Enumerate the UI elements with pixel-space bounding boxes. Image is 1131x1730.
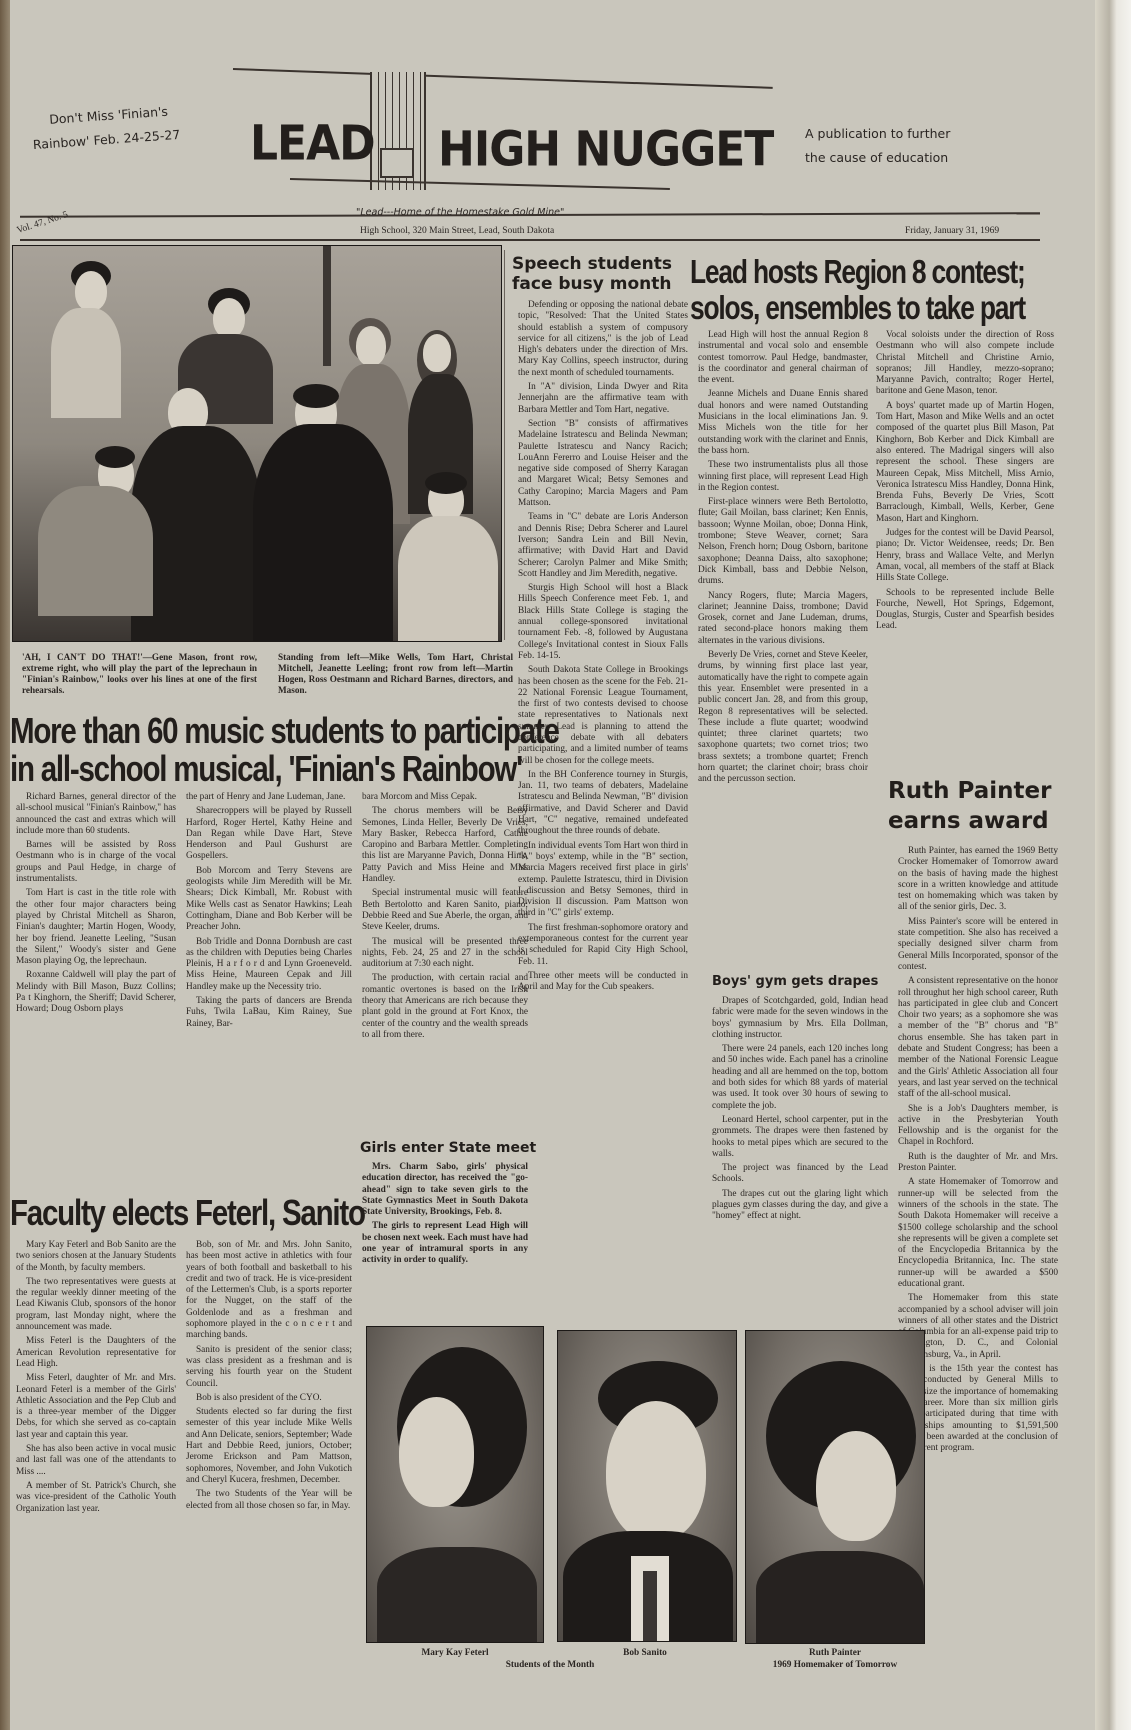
volume-number: Vol. 47, No. 5 — [16, 210, 70, 236]
issue-date: Friday, January 31, 1969 — [905, 226, 999, 236]
paragraph: Beverly De Vries, cornet and Steve Keele… — [698, 650, 868, 786]
painter-headline: Ruth Painter earns award — [888, 776, 1051, 836]
paragraph: Judges for the contest will be David Pea… — [876, 528, 1054, 584]
portrait-name-feterl: Mary Kay Feterl — [370, 1648, 540, 1659]
portrait-mary-kay-feterl — [366, 1326, 544, 1643]
paragraph: A state Homemaker of Tomorrow and runner… — [898, 1177, 1058, 1290]
paragraph: The chorus members will be Betsy Semones… — [362, 806, 528, 885]
paragraph: The project was financed by the Lead Sch… — [712, 1163, 888, 1186]
musical-article-col-2: the part of Henry and Jane Ludeman, Jane… — [186, 792, 352, 1033]
paragraph: Sturgis High School will host a Black Hi… — [518, 583, 688, 662]
paragraph: Schools to be represented include Belle … — [876, 588, 1054, 633]
paragraph: Tom Hart is cast in the title role with … — [16, 888, 176, 967]
musical-headline-line-1: More than 60 music students to participa… — [10, 712, 559, 750]
paragraph: Teams in "C" debate are Loris Anderson a… — [518, 512, 688, 580]
paragraph: Three other meets will be conducted in A… — [518, 971, 688, 994]
masthead-title-lead: LEAD — [250, 115, 375, 171]
paragraph: Mrs. Charm Sabo, girls' physical educati… — [362, 1162, 528, 1218]
paragraph: Ruth Painter, has earned the 1969 Betty … — [898, 846, 1058, 914]
paragraph: Sanito is president of the senior class;… — [186, 1345, 352, 1390]
tagline-line-1: A publication to further — [805, 122, 950, 146]
drapes-headline: Boys' gym gets drapes — [712, 974, 878, 989]
region-headline-line-2: solos, ensembles to take part — [690, 290, 1025, 326]
paragraph: The girls to represent Lead High will be… — [362, 1221, 528, 1266]
musical-rehearsal-photo — [12, 245, 502, 642]
newspaper-page: Don't Miss 'Finian's Rainbow' Feb. 24-25… — [10, 0, 1095, 1730]
masthead-tagline: A publication to further the cause of ed… — [805, 122, 950, 170]
paragraph: A boys' quartet made up of Martin Hogen,… — [876, 401, 1054, 525]
paragraph: Special instrumental music will feature … — [362, 888, 528, 933]
paragraph: Bob Morcom and Terry Stevens are geologi… — [186, 866, 352, 934]
paragraph: bara Morcom and Miss Cepak. — [362, 792, 528, 803]
paragraph: Miss Painter's score will be entered in … — [898, 917, 1058, 973]
faculty-article-col-2: Bob, son of Mr. and Mrs. John Sanito, ha… — [186, 1240, 352, 1515]
paragraph: These two instrumentalists plus all thos… — [698, 460, 868, 494]
paragraph: Sharecroppers will be played by Russell … — [186, 806, 352, 862]
tagline-line-2: the cause of education — [805, 146, 950, 170]
paragraph: She is a Job's Daughters member, is acti… — [898, 1104, 1058, 1149]
musical-article-col-3: bara Morcom and Miss Cepak. The chorus m… — [362, 792, 528, 1044]
musical-article-col-1: Richard Barnes, general director of the … — [16, 792, 176, 1019]
paragraph: Nancy Rogers, flute; Marcia Magers, clar… — [698, 591, 868, 647]
girls-meet-article: Mrs. Charm Sabo, girls' physical educati… — [362, 1162, 528, 1270]
paragraph: Ruth is the daughter of Mr. and Mrs. Pre… — [898, 1152, 1058, 1175]
portrait-name-sanito: Bob Sanito — [555, 1648, 735, 1659]
region-headline-line-1: Lead hosts Region 8 contest; — [690, 254, 1025, 290]
region-headline: Lead hosts Region 8 contest; solos, ense… — [690, 254, 1025, 326]
paragraph: Vocal soloists under the direction of Ro… — [876, 330, 1054, 398]
promo-notice: Don't Miss 'Finian's Rainbow' Feb. 24-25… — [31, 99, 181, 157]
paragraph: Bob is also president of the CYO. — [186, 1393, 352, 1404]
paragraph: Miss Feterl is the Daughters of the Amer… — [16, 1336, 176, 1370]
paragraph: Drapes of Scotchgarded, gold, Indian hea… — [712, 996, 888, 1041]
drapes-article: Drapes of Scotchgarded, gold, Indian hea… — [712, 996, 888, 1226]
paragraph: Leonard Hertel, school carpenter, put in… — [712, 1115, 888, 1160]
paragraph: A consistent representative on the honor… — [898, 976, 1058, 1100]
adjacent-page-edge — [1095, 0, 1131, 1730]
paragraph: In "A" division, Linda Dwyer and Rita Je… — [518, 382, 688, 416]
portrait-bob-sanito — [557, 1330, 737, 1642]
students-of-month-caption: Students of the Month — [450, 1660, 650, 1671]
paragraph: The first freshman-sophomore oratory and… — [518, 923, 688, 968]
school-address: High School, 320 Main Street, Lead, Sout… — [360, 226, 554, 236]
paragraph: The drapes cut out the glaring light whi… — [712, 1189, 888, 1223]
masthead-swoosh-bottom — [290, 178, 670, 190]
region-article-col-2: Vocal soloists under the direction of Ro… — [876, 330, 1054, 636]
musical-headline-line-2: in all-school musical, 'Finian's Rainbow… — [10, 750, 559, 788]
paragraph: Taking the parts of dancers are Brenda F… — [186, 996, 352, 1030]
paragraph: The two Students of the Year will be ele… — [186, 1489, 352, 1512]
region-article-col-1: Lead High will host the annual Region 8 … — [698, 330, 868, 789]
paragraph: Section "B" consists of affirmatives Mad… — [518, 419, 688, 509]
paragraph: Lead High will host the annual Region 8 … — [698, 330, 868, 386]
paragraph: Bob, son of Mr. and Mrs. John Sanito, ha… — [186, 1240, 352, 1342]
speech-headline-line-2: face busy month — [512, 274, 672, 294]
column-rule — [504, 250, 505, 640]
paragraph: the part of Henry and Jane Ludeman, Jane… — [186, 792, 352, 803]
paragraph: Mary Kay Feterl and Bob Sanito are the t… — [16, 1240, 176, 1274]
paragraph: The two representatives were guests at t… — [16, 1277, 176, 1333]
faculty-article-col-1: Mary Kay Feterl and Bob Sanito are the t… — [16, 1240, 176, 1518]
paragraph: There were 24 panels, each 120 inches lo… — [712, 1044, 888, 1112]
paragraph: Defending or opposing the national debat… — [518, 300, 688, 379]
folio-rule-bottom — [20, 239, 1040, 241]
masthead-title-high-nugget: HIGH NUGGET — [438, 121, 773, 177]
speech-headline-line-1: Speech students — [512, 254, 672, 274]
paragraph: South Dakota State College in Brookings … — [518, 665, 688, 767]
paragraph: A member of St. Patrick's Church, she wa… — [16, 1481, 176, 1515]
portrait-name-painter: Ruth Painter — [745, 1648, 925, 1659]
painter-headline-line-1: Ruth Painter — [888, 776, 1051, 806]
paragraph: The musical will be presented three nigh… — [362, 937, 528, 971]
paragraph: The production, with certain racial and … — [362, 973, 528, 1041]
paragraph: First-place winners were Beth Bertolotto… — [698, 497, 868, 587]
paragraph: Miss Feterl, daughter of Mr. and Mrs. Le… — [16, 1373, 176, 1441]
paragraph: Roxanne Caldwell will play the part of M… — [16, 970, 176, 1015]
masthead-swoosh-top — [233, 68, 773, 89]
paragraph: Richard Barnes, general director of the … — [16, 792, 176, 837]
photo-caption-left: 'AH, I CAN'T DO THAT!'—Gene Mason, front… — [22, 652, 257, 696]
homemaker-caption: 1969 Homemaker of Tomorrow — [745, 1660, 925, 1671]
paragraph: Students elected so far during the first… — [186, 1407, 352, 1486]
portrait-ruth-painter — [745, 1330, 925, 1644]
paragraph: Barnes will be assisted by Ross Oestmann… — [16, 840, 176, 885]
paragraph: In individual events Tom Hart won third … — [518, 841, 688, 920]
paragraph: Bob Tridle and Donna Dornbush are cast a… — [186, 937, 352, 993]
paragraph: She has also been active in vocal music … — [16, 1444, 176, 1478]
speech-article: Defending or opposing the national debat… — [518, 300, 688, 997]
faculty-headline: Faculty elects Feterl, Sanito — [10, 1194, 365, 1232]
speech-headline: Speech students face busy month — [512, 254, 672, 294]
paragraph: Jeanne Michels and Duane Ennis shared du… — [698, 389, 868, 457]
girls-meet-headline: Girls enter State meet — [360, 1140, 536, 1156]
paragraph: In the BH Conference tourney in Sturgis,… — [518, 770, 688, 838]
painter-headline-line-2: earns award — [888, 806, 1051, 836]
photo-caption-right: Standing from left—Mike Wells, Tom Hart,… — [278, 652, 513, 696]
musical-headline: More than 60 music students to participa… — [10, 712, 559, 788]
headframe-illustration — [370, 72, 426, 190]
